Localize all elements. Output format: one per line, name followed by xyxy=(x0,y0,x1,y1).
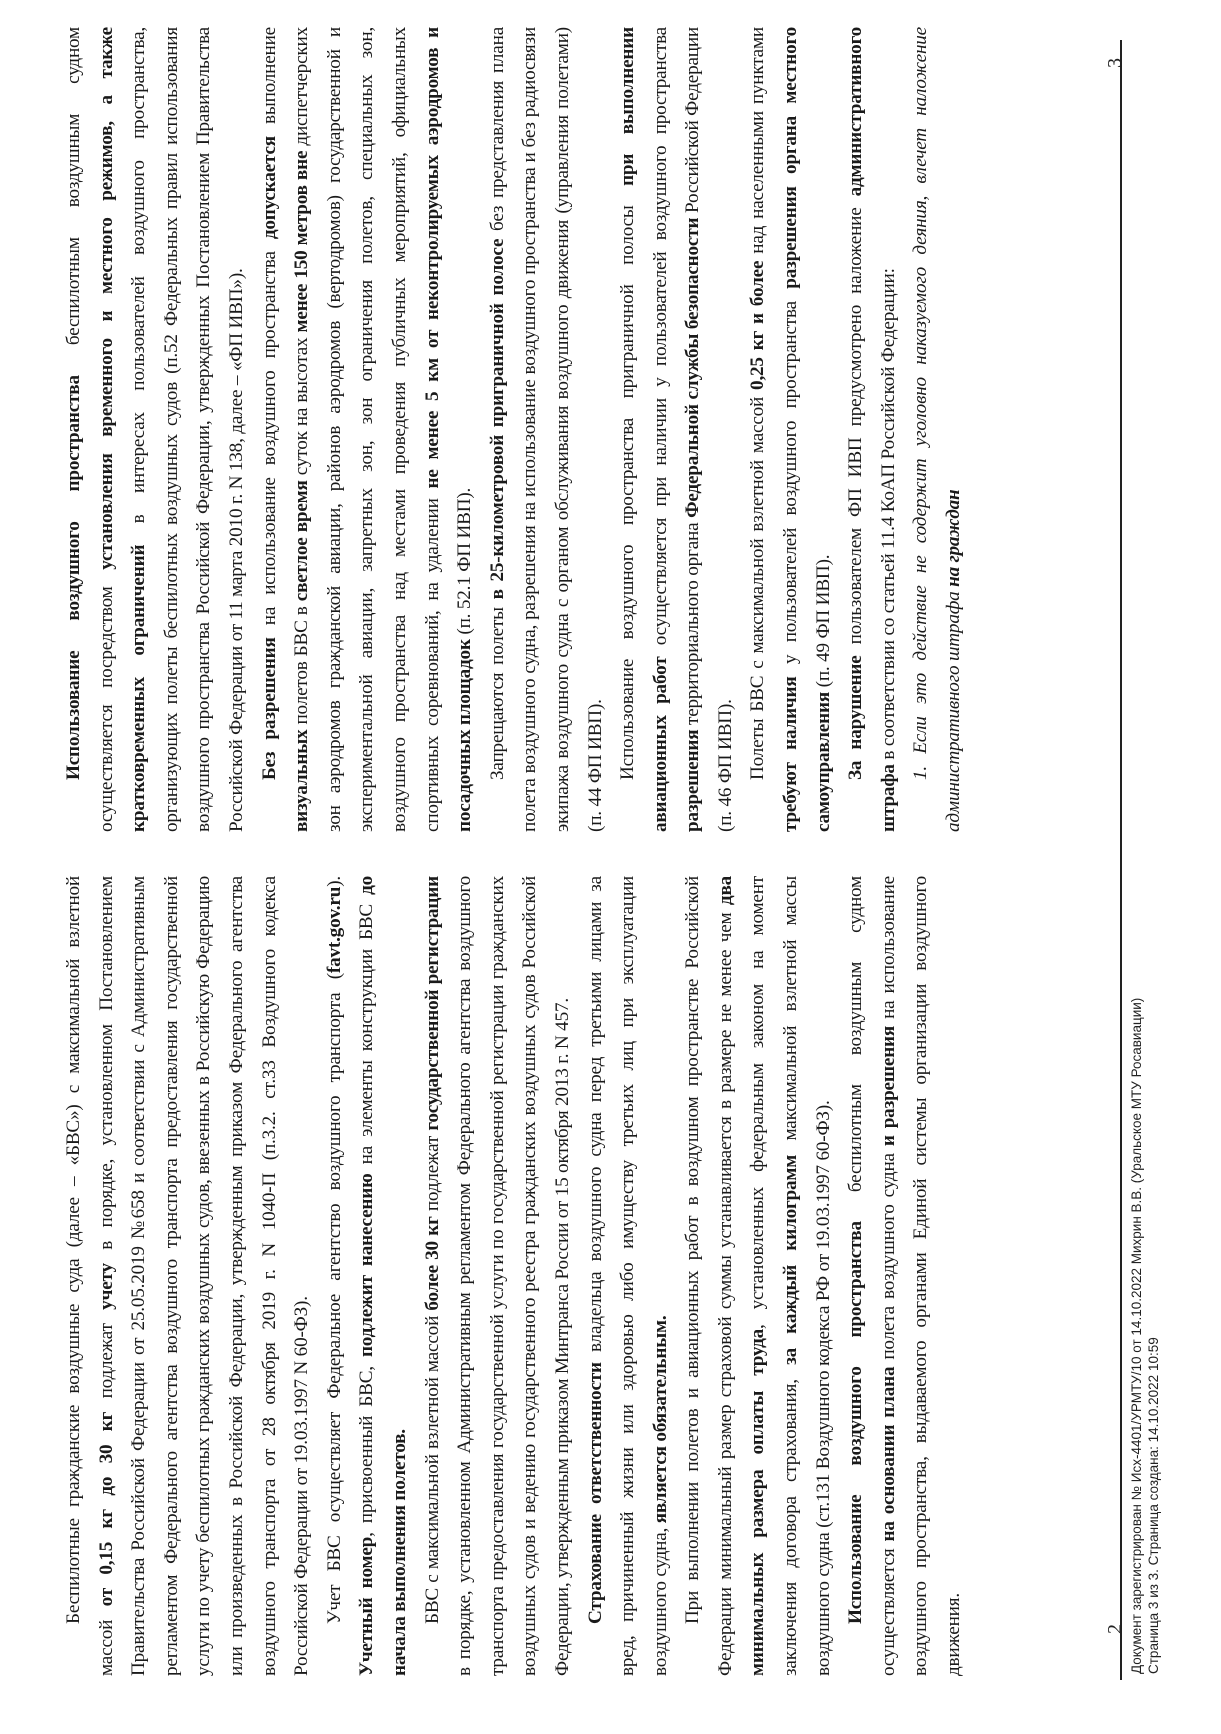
text-run: БВС с максимальной взлетной массой xyxy=(422,1311,443,1624)
bold-text: Федеральной службы безопасности xyxy=(682,218,703,518)
text-run: в порядке, установленном Постановлением … xyxy=(96,876,313,1676)
text-run: полетов БВС в xyxy=(291,601,312,729)
paragraph: При выполнении полетов и авиационных раб… xyxy=(677,876,840,1676)
italic-text: 1. Если это действие не содержит уголовн… xyxy=(910,27,964,832)
bold-text: Без разрешения xyxy=(259,637,280,780)
bold-text: на основании плана xyxy=(878,1367,899,1542)
bold-text: За нарушение xyxy=(845,655,866,780)
text-run: полета воздушного судна xyxy=(878,1146,899,1367)
text-run: Запрещаются полеты xyxy=(487,599,508,780)
bold-text: за каждый килограмм xyxy=(780,1155,801,1365)
text-run: территориального органа xyxy=(682,518,703,730)
bold-text: подлежит нанесению xyxy=(356,1173,377,1357)
bold-text: допускается xyxy=(259,136,280,239)
paragraph: Полеты БВС с максимальной взлетной массо… xyxy=(742,27,840,832)
bold-text: favt.gov.ru xyxy=(324,887,345,973)
text-run: над населенными пунктами xyxy=(747,27,768,261)
bold-text: Использование воздушного пространства xyxy=(63,375,84,780)
text-run: подлежат xyxy=(96,1310,117,1412)
text-run: на использование воздушного пространства xyxy=(259,239,280,637)
text-run: диспетчерских зон аэродромов гражданской… xyxy=(291,27,442,832)
page-left: Беспилотные гражданские воздушные суда (… xyxy=(58,876,971,1676)
text-run: на элементы конструкции БВС xyxy=(356,895,377,1174)
bold-text: более 30 кг xyxy=(422,1216,443,1310)
bold-text: государственной регистрации xyxy=(422,876,443,1131)
page-right: Использование воздушного пространства бе… xyxy=(58,27,971,832)
paragraph: 1. Если это действие не содержит уголовн… xyxy=(905,27,970,832)
registration-stamp: Документ зарегистрирован № Исх-4401/УРМТ… xyxy=(1128,998,1162,1674)
paragraph: Использование воздушного пространства бе… xyxy=(840,876,970,1676)
bold-text: Учетный номер xyxy=(356,1537,377,1676)
paragraph: Страхование ответственности владельца во… xyxy=(580,876,678,1676)
paragraph: Учет БВС осуществляет Федеральное агентс… xyxy=(319,876,417,1676)
bold-text: и разрешения xyxy=(878,1026,899,1146)
text-run: осуществляется при наличии у пользовател… xyxy=(650,27,671,657)
bold-text: на граждан xyxy=(943,490,964,587)
page-number-left: 2 xyxy=(1104,1624,1127,1634)
text-run: подлежат xyxy=(422,1131,443,1217)
text-run: Использование воздушного пространства пр… xyxy=(617,186,638,780)
paragraph: За нарушение пользователем ФП ИВП предус… xyxy=(840,27,905,832)
paragraph: Запрещаются полеты в 25-километровой при… xyxy=(482,27,612,832)
paragraph: Использование воздушного пространства пр… xyxy=(612,27,742,832)
bold-text: светлое время xyxy=(291,480,312,601)
bold-text: разрешения xyxy=(682,730,703,832)
document-sheet: Беспилотные гражданские воздушные суда (… xyxy=(0,0,1221,1734)
text-run: в порядке, установленном Административны… xyxy=(454,876,573,1676)
bold-text: 0,25 кг и более xyxy=(747,261,768,390)
paragraph: Беспилотные гражданские воздушные суда (… xyxy=(58,876,319,1676)
text-run: Учет БВС осуществляет Федеральное агентс… xyxy=(324,973,345,1624)
stamp-line-2: Страница 3 из 3. Страница создана: 14.10… xyxy=(1145,998,1162,1674)
bold-text: является обязательным. xyxy=(650,1316,671,1524)
text-run: (п. 52.1 ФП ИВП). xyxy=(454,488,475,639)
bold-text: визуальных xyxy=(291,730,312,832)
bold-text: менее 150 метров вне xyxy=(291,151,312,333)
bold-text: в 25-километровой приграничной полосе xyxy=(487,239,508,600)
bold-text: учету xyxy=(96,1263,117,1310)
paragraph: Без разрешения на использование воздушно… xyxy=(254,27,482,832)
text-run: выполнение xyxy=(259,27,280,136)
bold-text: требуют наличия xyxy=(780,676,801,832)
text-run: При выполнении полетов и авиационных раб… xyxy=(682,876,736,1676)
bold-text: Страхование ответственности xyxy=(585,1362,606,1624)
paragraph: БВС с максимальной взлетной массой более… xyxy=(417,876,580,1676)
bold-text: Использование воздушного пространства xyxy=(845,1221,866,1624)
text-run: (п. 49 ФП ИВП). xyxy=(813,555,834,692)
bold-text: от 0,15 кг до 30 кг xyxy=(96,1412,117,1607)
text-run: , присвоенный БВС, xyxy=(356,1357,377,1537)
text-run: суток на высотах xyxy=(291,332,312,480)
text-run: в соответствии со статьей 11.4 КоАП Росс… xyxy=(878,268,899,764)
footer-divider xyxy=(1120,40,1122,1680)
text-run: ). xyxy=(324,876,345,887)
page-number-right: 3 xyxy=(1104,58,1127,68)
paragraph: Использование воздушного пространства бе… xyxy=(58,27,254,832)
text-run: пользователем ФП ИВП предусмотрено налож… xyxy=(845,196,866,655)
text-run: Полеты БВС с максимальной взлетной массо… xyxy=(747,390,768,780)
stamp-line-1: Документ зарегистрирован № Исх-4401/УРМТ… xyxy=(1128,998,1145,1674)
text-run: у пользователей воздушного пространства xyxy=(780,289,801,677)
